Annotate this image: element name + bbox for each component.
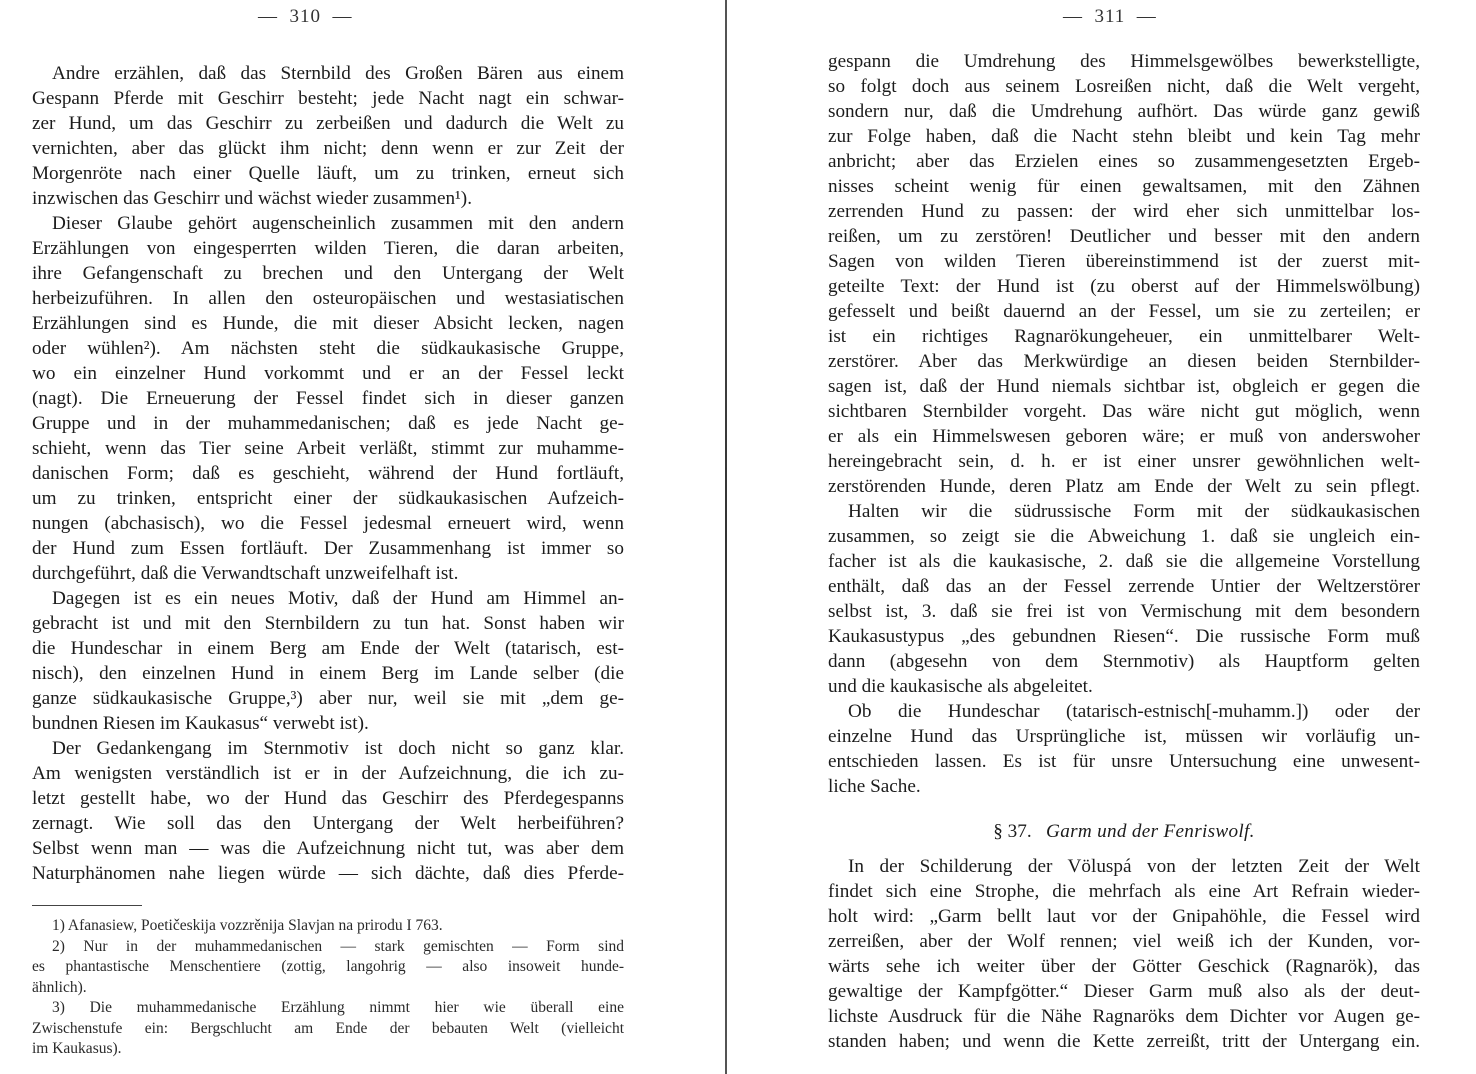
text-line: Gruppe und in der muhammedanischen; daß … bbox=[32, 411, 624, 436]
footnote-line: 3) Die muhammedanische Erzählung nimmt h… bbox=[32, 998, 624, 1019]
text-line: vernichten, aber das glückt ihm nicht; d… bbox=[32, 136, 624, 161]
text-line: Sagen von wilden Tieren übereinstimmend … bbox=[828, 249, 1420, 274]
text-line: zerstörenden Hunde, deren Platz am Ende … bbox=[828, 474, 1420, 499]
text-line: zur Folge haben, daß die Nacht stehn ble… bbox=[828, 124, 1420, 149]
text-line: facher ist als die kaukasische, 2. daß s… bbox=[828, 549, 1420, 574]
right-body-text: gespann die Umdrehung des Himmelsgewölbe… bbox=[828, 49, 1420, 1054]
text-line: oder wühlen²). Am nächsten steht die süd… bbox=[32, 336, 624, 361]
text-line: lichste Ausdruck für die Nähe Ragnaröks … bbox=[828, 1004, 1420, 1029]
text-line: gewaltige der Kampfgötter.“ Dieser Garm … bbox=[828, 979, 1420, 1004]
text-line: Dieser Glaube gehört augenscheinlich zus… bbox=[32, 211, 624, 236]
text-line: findet sich eine Strophe, die mehrfach a… bbox=[828, 879, 1420, 904]
footnote-line: im Kaukasus). bbox=[32, 1039, 624, 1060]
text-line: Naturphänomen nahe liegen würde — sich d… bbox=[32, 861, 624, 886]
text-line: bundnen Riesen im Kaukasus“ verwebt ist)… bbox=[32, 711, 624, 736]
left-page: — 310 — Andre erzählen, daß das Sternbil… bbox=[0, 0, 726, 1074]
text-line: Andre erzählen, daß das Sternbild des Gr… bbox=[32, 61, 624, 86]
right-page: — 311 — gespann die Umdrehung des Himmel… bbox=[727, 0, 1476, 1074]
text-line: nungen (abchasisch), wo die Fessel jedes… bbox=[32, 511, 624, 536]
text-line: zusammen, so zeigt sie die Abweichung 1.… bbox=[828, 524, 1420, 549]
text-line: ist ein richtiges Ragnarökungeheuer, ein… bbox=[828, 324, 1420, 349]
paragraph: Dagegen ist es ein neues Motiv, daß der … bbox=[32, 586, 624, 736]
text-line: sagen ist, daß der Hund niemals sichtbar… bbox=[828, 374, 1420, 399]
footnote-line: 2) Nur in der muhammedanischen — stark g… bbox=[32, 937, 624, 958]
footnote-line: 1) Afanasiew, Poetičeskija vozzrěnija Sl… bbox=[32, 916, 624, 937]
text-line: gebracht ist und mit den Sternbildern zu… bbox=[32, 611, 624, 636]
text-line: Halten wir die südrussische Form mit der… bbox=[828, 499, 1420, 524]
left-body-text: Andre erzählen, daß das Sternbild des Gr… bbox=[32, 61, 624, 886]
text-line: geteilte Text: der Hund ist (zu oberst a… bbox=[828, 274, 1420, 299]
text-line: Selbst wenn man — was die Aufzeichnung n… bbox=[32, 836, 624, 861]
text-line: der Hund zum Essen fortläuft. Der Zusamm… bbox=[32, 536, 624, 561]
paragraph: Dieser Glaube gehört augenscheinlich zus… bbox=[32, 211, 624, 586]
text-line: zerstörer. Aber das Merkwürdige an diese… bbox=[828, 349, 1420, 374]
paragraph: Der Gedankengang im Sternmotiv ist doch … bbox=[32, 736, 624, 886]
paragraph: gespann die Umdrehung des Himmelsgewölbe… bbox=[828, 49, 1420, 499]
text-line: enthält, daß das an der Fessel zerrende … bbox=[828, 574, 1420, 599]
book-spread: — 310 — Andre erzählen, daß das Sternbil… bbox=[0, 0, 1476, 1074]
paragraph: Andre erzählen, daß das Sternbild des Gr… bbox=[32, 61, 624, 211]
footnote-line: Zwischenstufe ein: Bergschlucht am Ende … bbox=[32, 1019, 624, 1040]
footnote-3: 3) Die muhammedanische Erzählung nimmt h… bbox=[32, 998, 624, 1060]
text-line: Am wenigsten verständlich ist er in der … bbox=[32, 761, 624, 786]
text-line: sichtbaren Sternbilder vorgeht. Das wäre… bbox=[828, 399, 1420, 424]
section-title: Garm und der Fenriswolf. bbox=[1046, 821, 1255, 842]
text-line: danischen Form; daß es geschieht, währen… bbox=[32, 461, 624, 486]
text-line: zerrenden Hund zu passen: der wird eher … bbox=[828, 199, 1420, 224]
paragraph: Halten wir die südrussische Form mit der… bbox=[828, 499, 1420, 699]
text-line: hereingebracht sein, d. h. er ist einer … bbox=[828, 449, 1420, 474]
text-line: einzelne Hund das Ursprüngliche ist, müs… bbox=[828, 724, 1420, 749]
paragraph: In der Schilderung der Völuspá von der l… bbox=[828, 854, 1420, 1054]
text-line: zernagt. Wie soll das den Untergang der … bbox=[32, 811, 624, 836]
footnote-line: es phantastische Menschentiere (zottig, … bbox=[32, 957, 624, 978]
text-line: er als ein Himmelswesen geboren wäre; er… bbox=[828, 424, 1420, 449]
footnote-2: 2) Nur in der muhammedanischen — stark g… bbox=[32, 937, 624, 999]
text-line: Erzählungen von eingesperrten wilden Tie… bbox=[32, 236, 624, 261]
text-line: Morgenröte nach einer Quelle läuft, um z… bbox=[32, 161, 624, 186]
text-line: nisch), den einzelnen Hund in einem Berg… bbox=[32, 661, 624, 686]
text-line: In der Schilderung der Völuspá von der l… bbox=[828, 854, 1420, 879]
text-line: wärts sehe ich weiter über der Götter Ge… bbox=[828, 954, 1420, 979]
text-line: (nagt). Die Erneuerung der Fessel findet… bbox=[32, 386, 624, 411]
text-line: gespann die Umdrehung des Himmelsgewölbe… bbox=[828, 49, 1420, 74]
text-line: ihre Gefangenschaft zu brechen und den U… bbox=[32, 261, 624, 286]
text-line: Der Gedankengang im Sternmotiv ist doch … bbox=[32, 736, 624, 761]
text-line: zer Hund, um das Geschirr zu zerbeißen u… bbox=[32, 111, 624, 136]
paragraph: Ob die Hundeschar (tatarisch-estnisch[-m… bbox=[828, 699, 1420, 799]
text-line: dann (abgesehn von dem Sternmotiv) als H… bbox=[828, 649, 1420, 674]
text-line: zerreißen, aber der Wolf rennen; viel we… bbox=[828, 929, 1420, 954]
page-number-left: — 310 — bbox=[258, 6, 353, 28]
section-heading: § 37. Garm und der Fenriswolf. bbox=[828, 819, 1420, 844]
text-line: herbeizuführen. In allen den osteuropäis… bbox=[32, 286, 624, 311]
text-line: ganze südkaukasische Gruppe,³) aber nur,… bbox=[32, 686, 624, 711]
text-line: die Hundeschar in einem Berg am Ende der… bbox=[32, 636, 624, 661]
text-line: nisses scheint wenig für einen gewaltsam… bbox=[828, 174, 1420, 199]
text-line: holt wird: „Garm bellt laut vor der Gnip… bbox=[828, 904, 1420, 929]
text-line: Ob die Hundeschar (tatarisch-estnisch[-m… bbox=[828, 699, 1420, 724]
text-line: Kaukasustypus „des gebundnen Riesen“. Di… bbox=[828, 624, 1420, 649]
text-line: inzwischen das Geschirr und wächst wiede… bbox=[32, 186, 624, 211]
text-line: Erzählungen sind es Hunde, die mit diese… bbox=[32, 311, 624, 336]
text-line: durchgeführt, daß die Verwandtschaft unz… bbox=[32, 561, 624, 586]
text-line: Gespann Pferde mit Geschirr besteht; jed… bbox=[32, 86, 624, 111]
text-line: liche Sache. bbox=[828, 774, 1420, 799]
footnote-line: ähnlich). bbox=[32, 978, 624, 999]
text-line: standen haben; und wenn die Kette zerrei… bbox=[828, 1029, 1420, 1054]
text-line: entschieden lassen. Es ist für unsre Unt… bbox=[828, 749, 1420, 774]
text-line: reißen, um zu zerstören! Deutlicher und … bbox=[828, 224, 1420, 249]
text-line: um zu trinken, entspricht einer der südk… bbox=[32, 486, 624, 511]
text-line: schieht, wenn das Tier seine Arbeit verl… bbox=[32, 436, 624, 461]
footnote-1: 1) Afanasiew, Poetičeskija vozzrěnija Sl… bbox=[32, 916, 624, 937]
text-line: anbricht; aber das Erzielen eines so zus… bbox=[828, 149, 1420, 174]
footnotes: 1) Afanasiew, Poetičeskija vozzrěnija Sl… bbox=[32, 916, 624, 1060]
text-line: wo ein einzelner Hund vorkommt und er an… bbox=[32, 361, 624, 386]
text-line: selbst ist, 3. daß sie frei ist von Verm… bbox=[828, 599, 1420, 624]
text-line: sondern nur, daß die Umdrehung aufhört. … bbox=[828, 99, 1420, 124]
footnote-divider bbox=[32, 905, 142, 906]
text-line: gefesselt und beißt dauernd an der Fesse… bbox=[828, 299, 1420, 324]
page-number-right: — 311 — bbox=[1063, 6, 1157, 28]
text-line: und die kaukasische als abgeleitet. bbox=[828, 674, 1420, 699]
text-line: letzt gestellt habe, wo der Hund das Ges… bbox=[32, 786, 624, 811]
section-number: § 37. bbox=[993, 821, 1031, 842]
text-line: so folgt doch aus seinem Losreißen nicht… bbox=[828, 74, 1420, 99]
text-line: Dagegen ist es ein neues Motiv, daß der … bbox=[32, 586, 624, 611]
